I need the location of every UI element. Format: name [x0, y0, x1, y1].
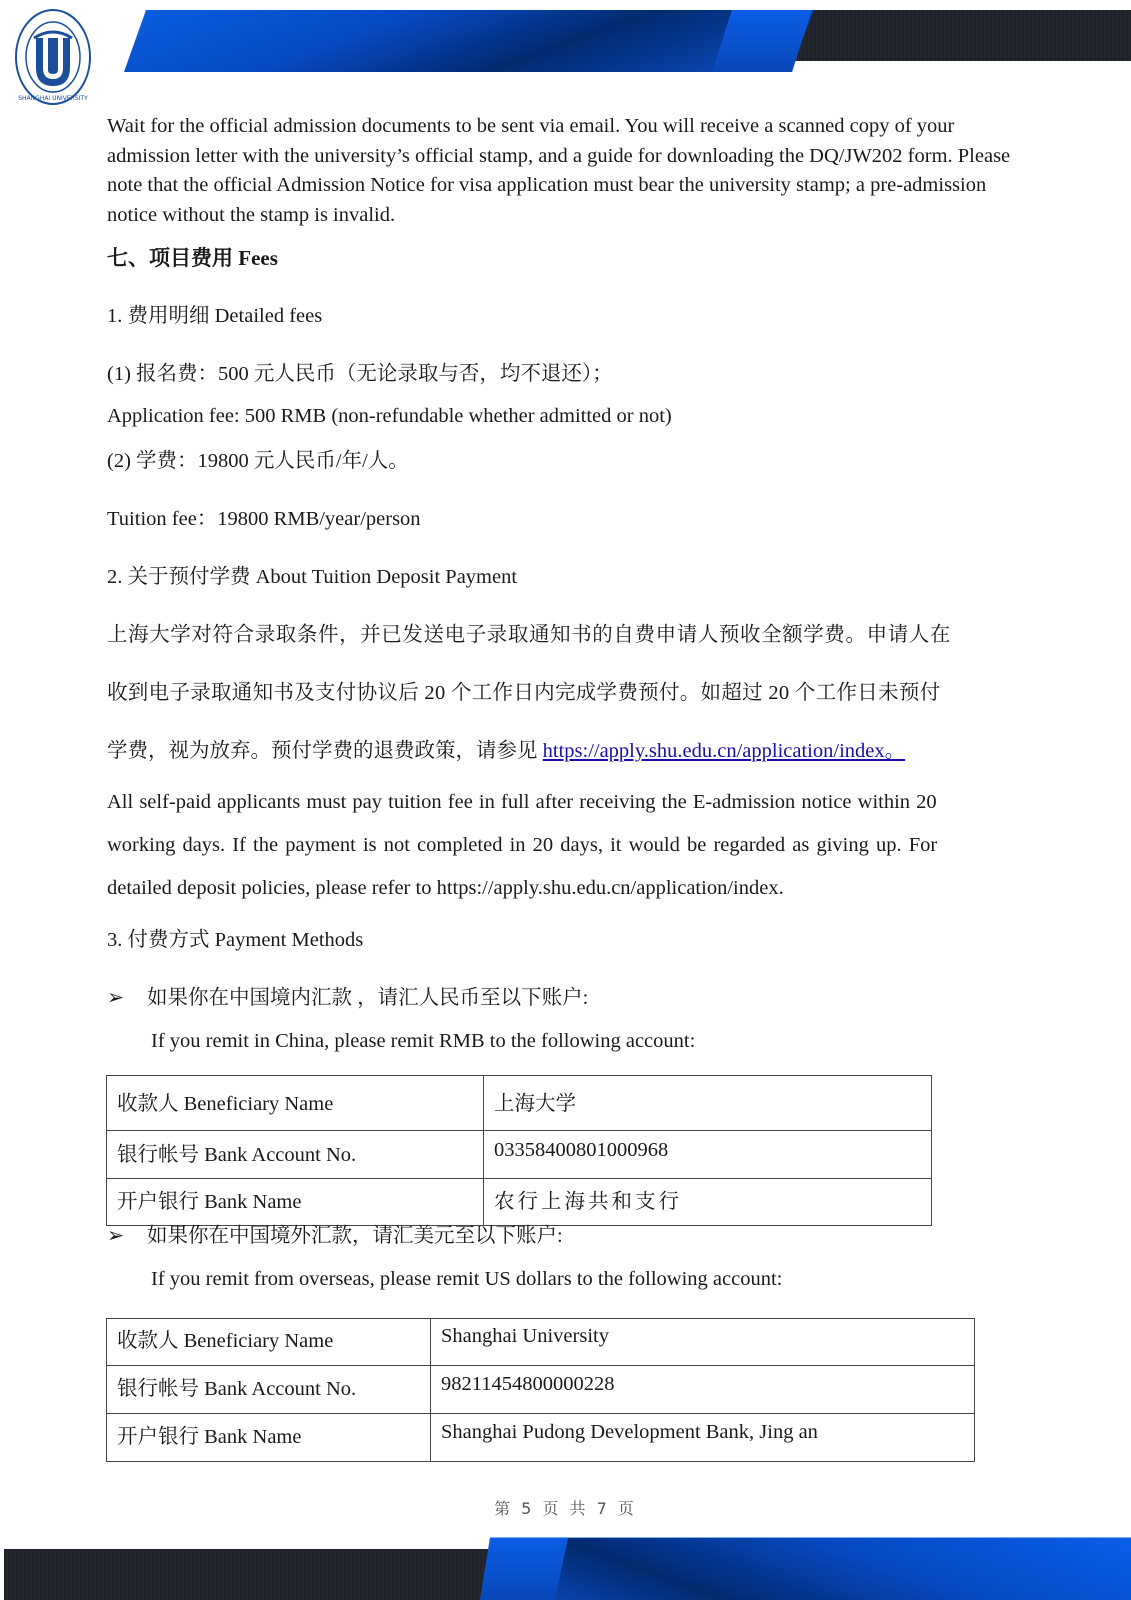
table-row: 银行帐号 Bank Account No. 98211454800000228: [107, 1366, 975, 1414]
account-no-value: 98211454800000228: [431, 1366, 975, 1414]
table-row: 收款人 Beneficiary Name Shanghai University: [107, 1319, 975, 1366]
deposit-cn-line-1: 上海大学对符合录取条件，并已发送电子录取通知书的自费申请人预收全额学费。申请人在: [107, 621, 951, 650]
intro-paragraph: Wait for the official admission document…: [107, 112, 1022, 230]
application-fee-cn: (1) 报名费：500 元人民币（无论录取与否，均不退还）；: [107, 360, 613, 389]
footer-blue-accent: [480, 1538, 568, 1600]
shanghai-university-logo-icon: SHANGHAI UNIVERSITY: [14, 8, 92, 106]
domestic-remit-en: If you remit in China, please remit RMB …: [151, 1027, 695, 1056]
page-indicator: 第 5 页 共 7 页: [0, 1496, 1131, 1519]
overseas-remit-cn: ➢如果你在中国境外汇款，请汇美元至以下账户:: [107, 1222, 563, 1251]
deposit-cn-line-3-text: 学费，视为放弃。预付学费的退费政策，请参见: [107, 740, 543, 762]
account-no-label: 银行帐号 Bank Account No.: [107, 1131, 484, 1179]
payment-heading: 3. 付费方式 Payment Methods: [107, 926, 363, 955]
beneficiary-value: 上海大学: [484, 1076, 932, 1131]
beneficiary-value: Shanghai University: [431, 1319, 975, 1366]
beneficiary-label: 收款人 Beneficiary Name: [107, 1076, 484, 1131]
bank-name-label: 开户银行 Bank Name: [107, 1179, 484, 1226]
overseas-remit-cn-text: 如果你在中国境外汇款，请汇美元至以下账户:: [147, 1225, 563, 1247]
header-blue-band: [124, 10, 814, 72]
arrow-bullet-icon: ➢: [107, 984, 147, 1013]
arrow-bullet-icon: ➢: [107, 1222, 147, 1251]
table-row: 银行帐号 Bank Account No. 03358400801000968: [107, 1131, 932, 1179]
header-dark-band: [790, 10, 1131, 61]
beneficiary-label: 收款人 Beneficiary Name: [107, 1319, 431, 1366]
domestic-remit-cn-text: 如果你在中国境内汇款 ，请汇人民币至以下账户:: [147, 987, 588, 1009]
overseas-remit-en: If you remit from overseas, please remit…: [151, 1265, 782, 1294]
tuition-fee-en: Tuition fee：19800 RMB/year/person: [107, 505, 421, 534]
footer-blue-band: [480, 1538, 1131, 1600]
section-title: 七、项目费用 Fees: [107, 244, 278, 273]
apply-link[interactable]: https://apply.shu.edu.cn/application/ind…: [543, 740, 905, 762]
deposit-cn-line-3: 学费，视为放弃。预付学费的退费政策，请参见 https://apply.shu.…: [107, 737, 905, 766]
deposit-cn-line-2: 收到电子录取通知书及支付协议后 20 个工作日内完成学费预付。如超过 20 个工…: [107, 679, 941, 708]
bank-name-value: Shanghai Pudong Development Bank, Jing a…: [431, 1414, 975, 1462]
bank-name-value: 农行上海共和支行: [484, 1179, 932, 1226]
tuition-fee-cn: (2) 学费：19800 元人民币/年/人。: [107, 447, 409, 476]
detailed-fees-heading: 1. 费用明细 Detailed fees: [107, 302, 322, 331]
deposit-heading: 2. 关于预付学费 About Tuition Deposit Payment: [107, 563, 517, 592]
deposit-en-line-2: working days. If the payment is not comp…: [107, 831, 937, 860]
account-no-value: 03358400801000968: [484, 1131, 932, 1179]
bank-name-label: 开户银行 Bank Name: [107, 1414, 431, 1462]
domestic-account-table: 收款人 Beneficiary Name 上海大学 银行帐号 Bank Acco…: [106, 1075, 932, 1226]
deposit-en-line-3: detailed deposit policies, please refer …: [107, 874, 784, 903]
application-fee-en: Application fee: 500 RMB (non-refundable…: [107, 402, 672, 431]
deposit-en-line-1: All self-paid applicants must pay tuitio…: [107, 788, 937, 817]
domestic-remit-cn: ➢如果你在中国境内汇款 ，请汇人民币至以下账户:: [107, 984, 588, 1013]
table-row: 开户银行 Bank Name Shanghai Pudong Developme…: [107, 1414, 975, 1462]
account-no-label: 银行帐号 Bank Account No.: [107, 1366, 431, 1414]
svg-text:SHANGHAI UNIVERSITY: SHANGHAI UNIVERSITY: [18, 95, 88, 102]
table-row: 开户银行 Bank Name 农行上海共和支行: [107, 1179, 932, 1226]
overseas-account-table: 收款人 Beneficiary Name Shanghai University…: [106, 1318, 975, 1462]
footer-dark-band: [4, 1549, 504, 1600]
table-row: 收款人 Beneficiary Name 上海大学: [107, 1076, 932, 1131]
